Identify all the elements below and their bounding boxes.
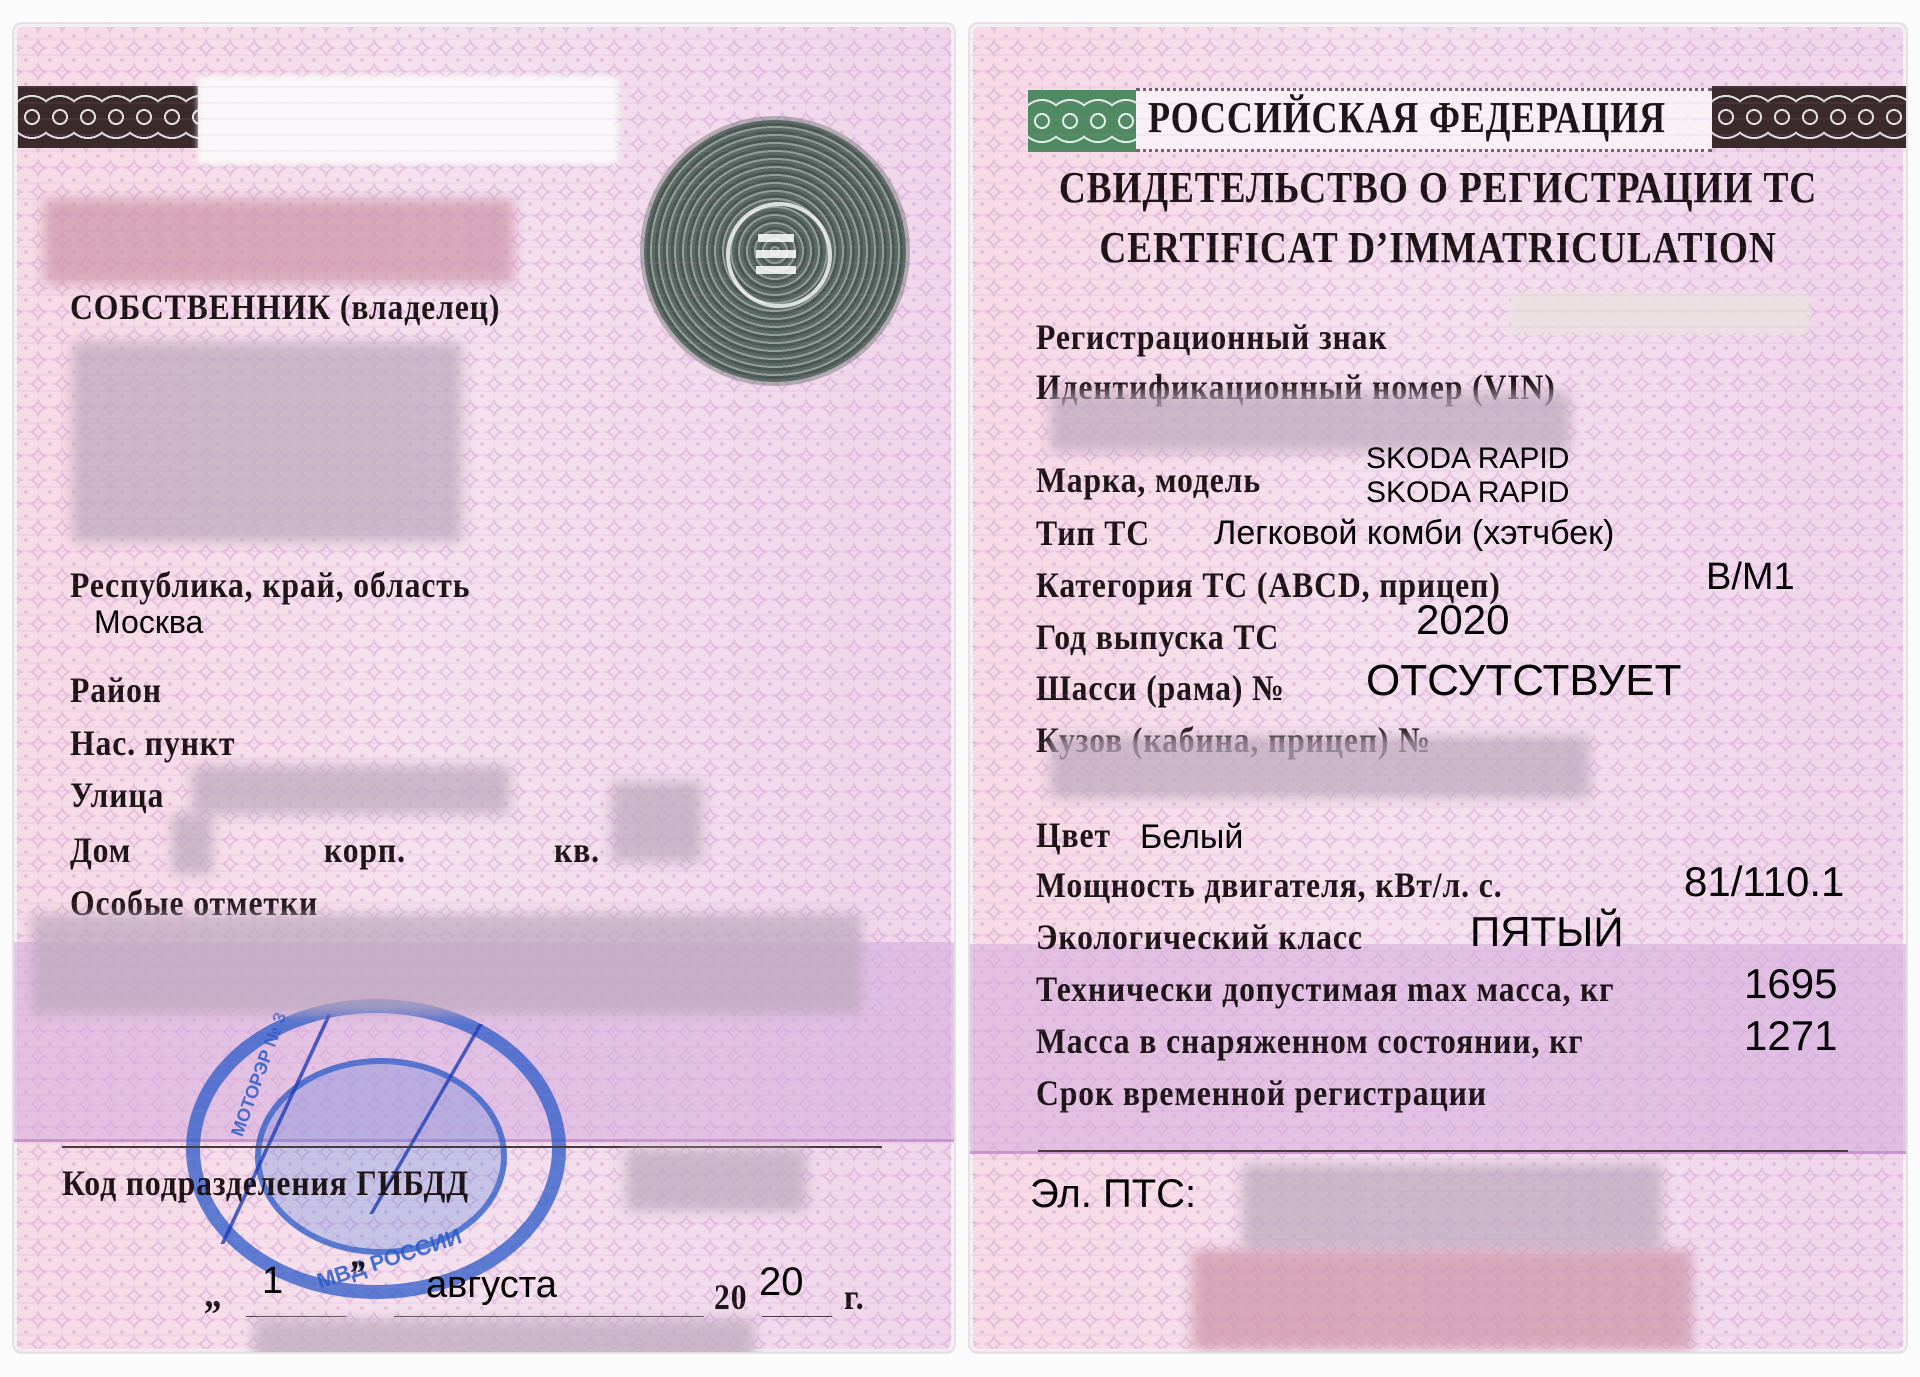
ornament-dark-icon — [1712, 86, 1906, 148]
redacted-official-name — [254, 1319, 754, 1354]
max-mass-label: Технически допустимая max масса, кг — [1036, 968, 1614, 1010]
redacted-owner-name — [72, 342, 462, 542]
date-year-suffix: 20 — [759, 1260, 804, 1305]
ornament-strip-icon — [18, 86, 198, 148]
reg-sign-label: Регистрационный знак — [1036, 316, 1388, 358]
redacted-apartment — [612, 782, 702, 862]
certificate-title-ru: СВИДЕТЕЛЬСТВО О РЕГИСТРАЦИИ ТС — [1040, 162, 1836, 213]
redacted-street — [192, 766, 510, 814]
district-label: Район — [70, 669, 162, 711]
year-label: Год выпуска ТС — [1036, 616, 1279, 658]
building-label: корп. — [324, 829, 406, 871]
power-value: 81/110.1 — [1684, 858, 1844, 906]
temp-reg-label: Срок временной регистрации — [1036, 1072, 1487, 1114]
region-value: Москва — [94, 604, 203, 641]
redacted-body-number — [1050, 736, 1590, 798]
right-page: РОССИЙСКАЯ ФЕДЕРАЦИЯ СВИДЕТЕЛЬСТВО О РЕГ… — [968, 22, 1908, 1354]
epts-label: Эл. ПТС: — [1030, 1172, 1196, 1217]
redacted-reg-sign — [1510, 292, 1810, 334]
model-value: SKODA RAPID — [1366, 476, 1569, 510]
redacted-plate-number — [44, 199, 514, 284]
type-label: Тип ТС — [1036, 512, 1150, 554]
apartment-label: кв. — [554, 829, 600, 871]
left-page: СОБСТВЕННИК (владелец) Республика, край,… — [12, 22, 956, 1354]
date-close-quote: ” — [350, 1252, 367, 1294]
curb-mass-value: 1271 — [1744, 1012, 1837, 1060]
redacted-epts-number — [1242, 1164, 1662, 1250]
curb-mass-label: Масса в снаряженном состоянии, кг — [1036, 1020, 1584, 1062]
redacted-plate-number — [1192, 1250, 1692, 1350]
redacted-house — [172, 814, 212, 874]
category-value: B/M1 — [1706, 556, 1795, 599]
power-label: Мощность двигателя, кВт/л. с. — [1036, 864, 1502, 906]
month-underline — [394, 1316, 704, 1317]
eco-class-label: Экологический класс — [1036, 916, 1363, 958]
locality-label: Нас. пункт — [70, 722, 235, 764]
date-year-prefix: 20 — [714, 1276, 747, 1318]
certificate-title-fr: CERTIFICAT D’IMMATRICULATION — [1040, 222, 1836, 273]
year-value: 2020 — [1416, 596, 1509, 644]
redacted-gibdd-code — [626, 1149, 806, 1211]
divider — [1038, 1150, 1848, 1152]
chassis-value: ОТСУТСТВУЕТ — [1366, 656, 1682, 706]
owner-label: СОБСТВЕННИК (владелец) — [70, 286, 500, 328]
day-underline — [246, 1316, 346, 1317]
ornament-green-icon — [1028, 90, 1136, 152]
chassis-label: Шасси (рама) № — [1036, 667, 1285, 709]
date-month: августа — [426, 1264, 557, 1307]
redacted-special-marks — [32, 914, 862, 1014]
color-value: Белый — [1140, 818, 1243, 857]
region-label: Республика, край, область — [70, 564, 470, 606]
type-value: Легковой комби (хэтчбек) — [1214, 514, 1614, 553]
gibdd-code-label: Код подразделения ГИБДД — [62, 1162, 469, 1204]
max-mass-value: 1695 — [1744, 960, 1837, 1008]
date-open-quote: „ — [204, 1270, 222, 1317]
street-label: Улица — [70, 774, 164, 816]
coat-of-arms-icon — [644, 120, 906, 382]
make-value: SKODA RAPID — [1366, 442, 1569, 476]
house-label: Дом — [70, 829, 131, 871]
color-label: Цвет — [1036, 814, 1111, 856]
date-year-unit: г. — [844, 1276, 865, 1318]
date-day: 1 — [262, 1260, 283, 1303]
country-name: РОССИЙСКАЯ ФЕДЕРАЦИЯ — [1148, 92, 1666, 143]
make-model-label: Марка, модель — [1036, 459, 1261, 501]
eco-class-value: ПЯТЫЙ — [1470, 908, 1624, 956]
year-underline — [762, 1316, 832, 1317]
divider — [62, 1146, 882, 1148]
redacted-header — [198, 76, 618, 164]
